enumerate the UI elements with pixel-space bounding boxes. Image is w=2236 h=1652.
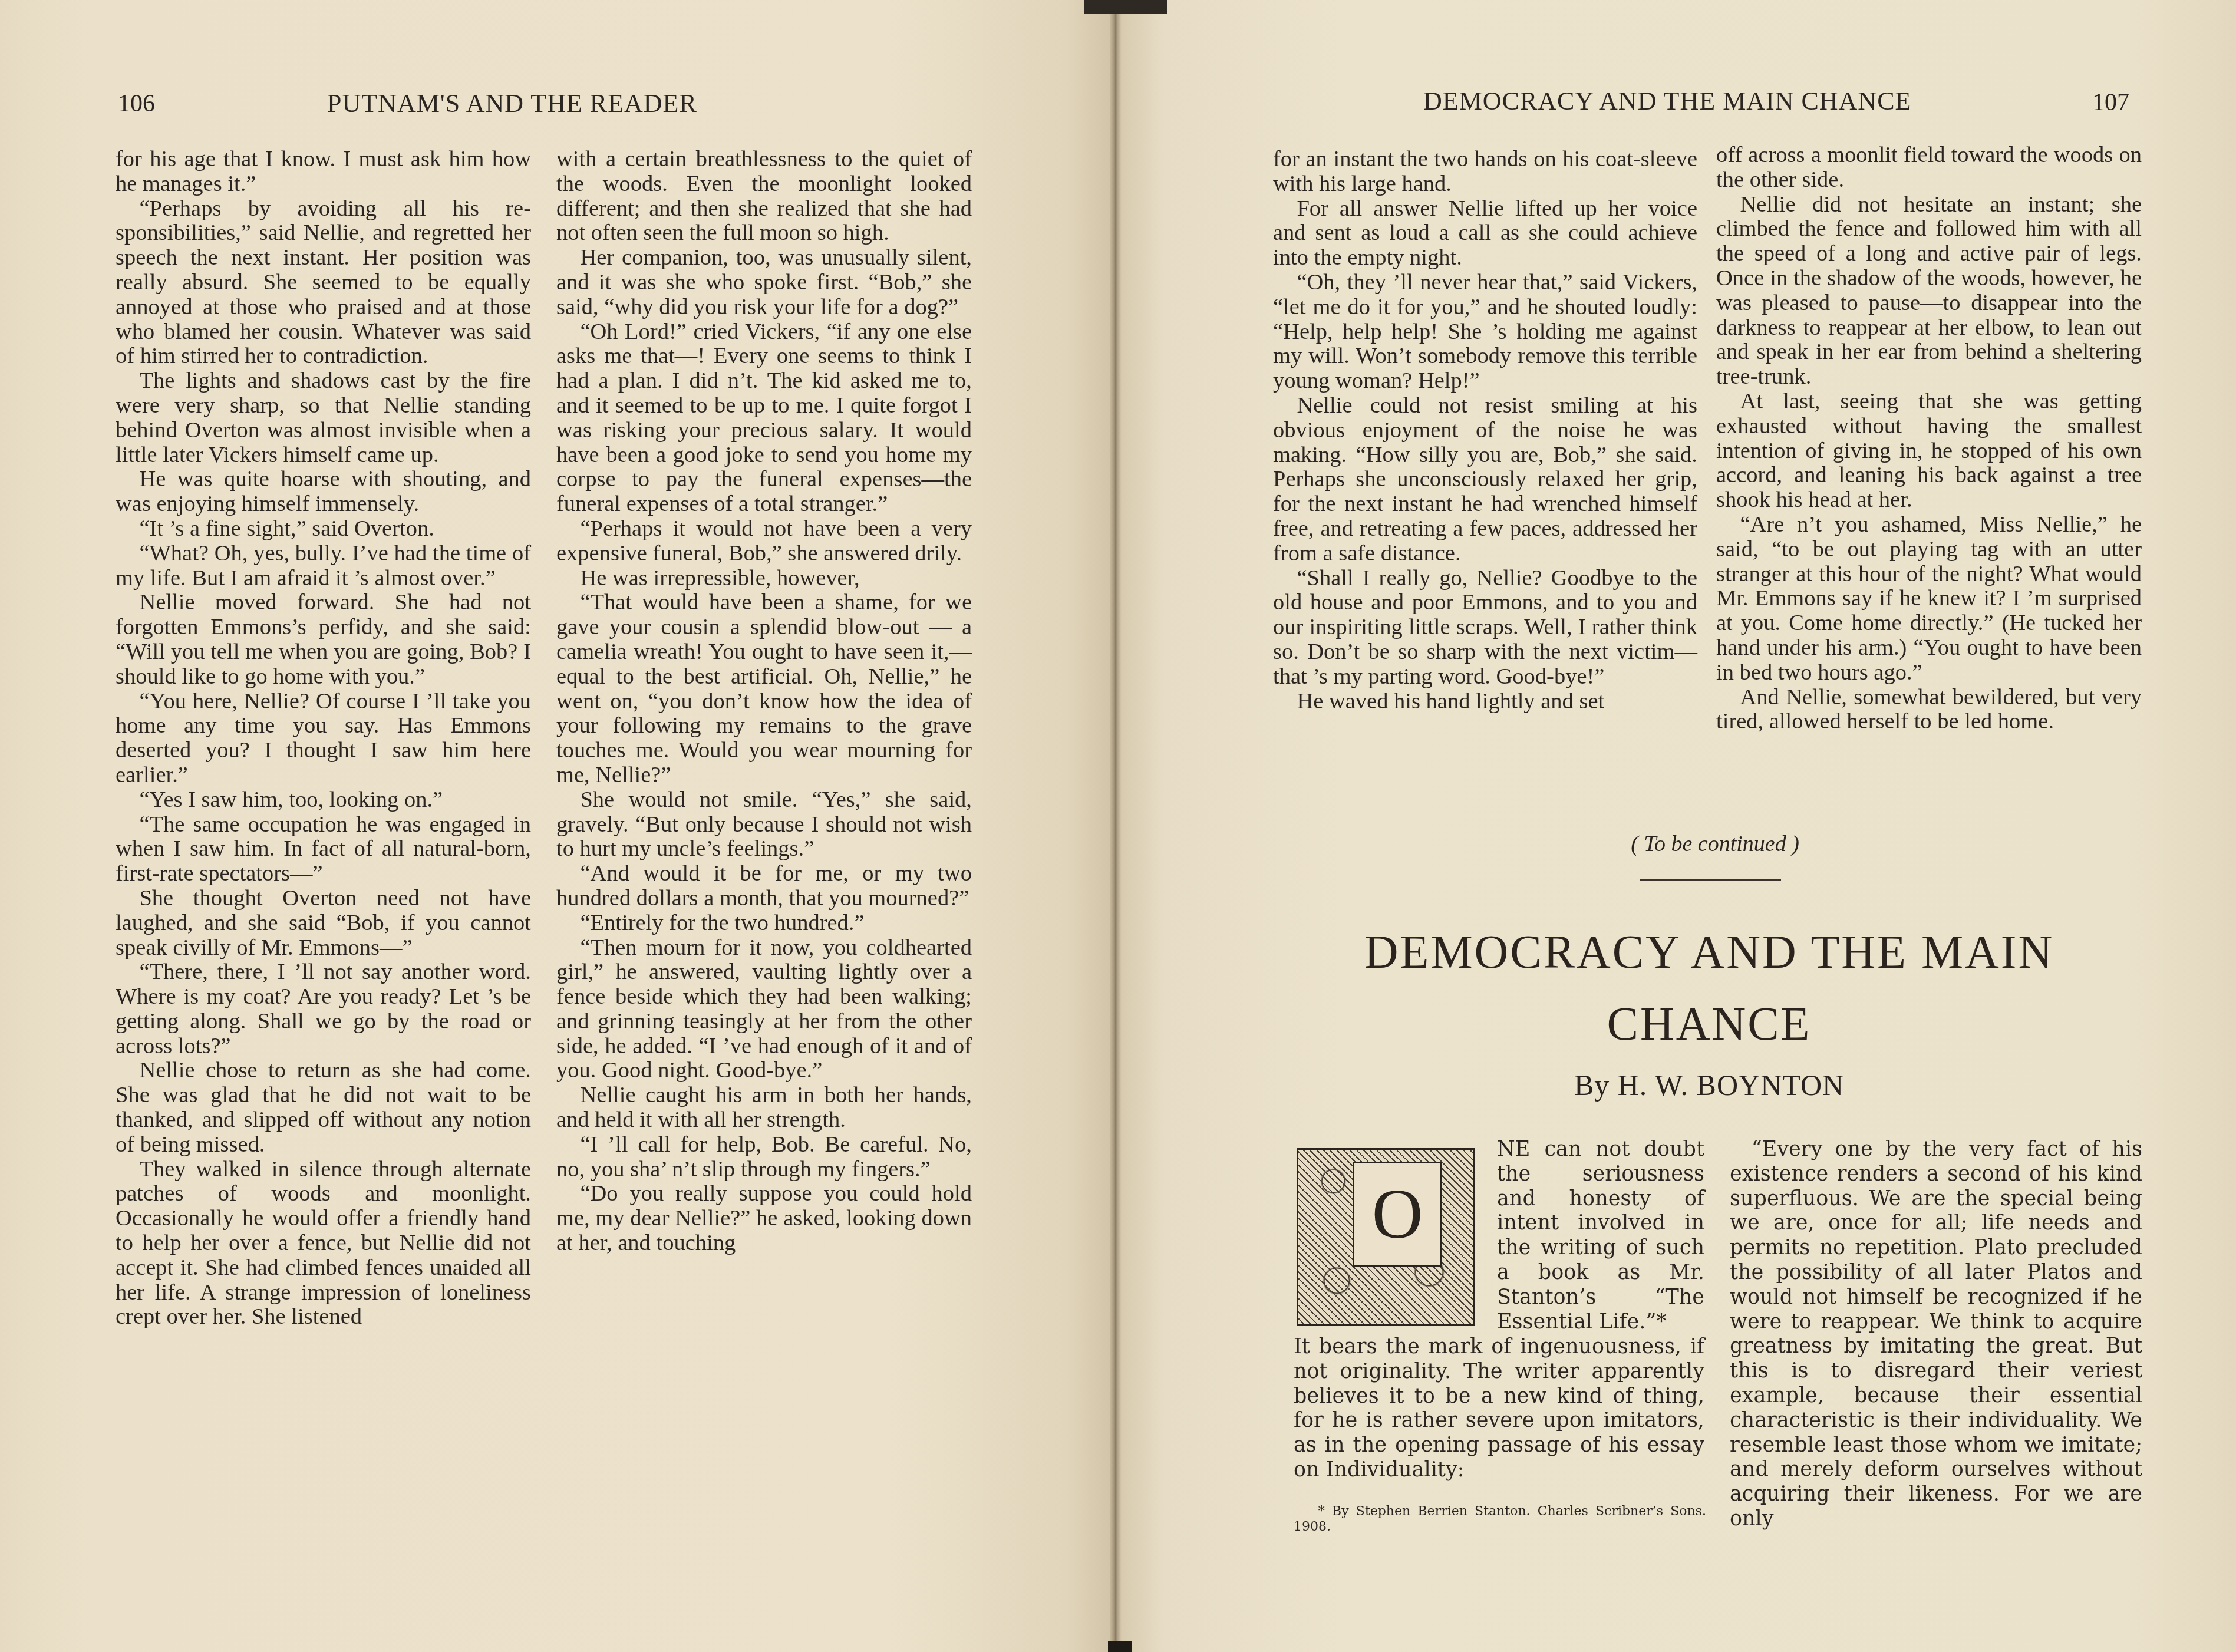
paragraph: for his age that I know. I must ask him … [116,147,531,197]
paragraph: “Entirely for the two hundred.” [556,911,972,936]
paragraph: with a certain breathlessness to the qui… [556,147,972,246]
paragraph: “What? Oh, yes, bully. I’ve had the time… [116,542,531,591]
paragraph: He was irrepressible, however, [556,566,972,591]
binding-top [1084,0,1167,14]
paragraph: “Do you really suppose you could hold me… [556,1182,972,1255]
article-intro-beside-cap: NE can not doubt the seriousness and hon… [1497,1137,1704,1334]
paragraph: “Perhaps it would not have been a very e… [556,517,972,566]
paragraph: “Then mourn for it now, you cold­hearted… [556,936,972,1084]
paragraph: He was quite hoarse with shouting, and w… [116,467,531,517]
ornamental-drop-cap: O [1297,1148,1475,1326]
left-page-column-1: for his age that I know. I must ask him … [116,147,531,1330]
paragraph: She would not smile. “Yes,” she said, gr… [556,788,972,862]
footnote: * By Stephen Berrien Stanton. Charles Sc… [1294,1504,1706,1535]
paragraph: “It ’s a fine sight,” said Overton. [116,517,531,542]
article-title: DEMOCRACY AND THE MAIN CHANCE [1297,916,2122,1060]
paragraph: Nellie moved forward. She had not forgot… [116,591,531,689]
paragraph: off across a moonlit field toward the wo… [1716,143,2142,193]
paragraph: for an instant the two hands on his coat… [1273,147,1697,197]
paragraph: “Perhaps by avoiding all his re­sponsibi… [116,197,531,370]
drop-cap-letter: O [1353,1162,1442,1267]
paragraph: “There, there, I ’ll not say another wor… [116,960,531,1059]
individuality-quote: “Every one by the very fact of his exist… [1730,1137,2142,1532]
paragraph: He waved his hand lightly and set [1273,690,1697,714]
magazine-spread: 106 PUTNAM'S AND THE READER for his age … [0,0,2236,1652]
paragraph: She thought Overton need not have laughe… [116,886,531,960]
binding-bottom [1108,1641,1132,1652]
right-page-number: 107 [2092,88,2129,117]
left-page-number: 106 [118,90,155,118]
paragraph: For all answer Nellie lifted up her voic… [1273,197,1697,271]
left-running-head: PUTNAM'S AND THE READER [327,88,697,118]
right-running-head: DEMOCRACY AND THE MAIN CHANCE [1423,86,1911,116]
paragraph: Nellie caught his arm in both her hands,… [556,1083,972,1133]
to-be-continued-note: ( To be continued ) [1627,831,1803,857]
paragraph: “And would it be for me, or my two hundr… [556,862,972,911]
paragraph: “You here, Nellie? Of course I ’ll take … [116,690,531,788]
paragraph: “The same occupation he was engaged in w… [116,813,531,886]
article-intro-continued: It bears the mark of ingenuousness, if n… [1294,1335,1704,1483]
paragraph: “Are n’t you ashamed, Miss Nellie,” he s… [1716,513,2142,685]
paragraph: They walked in silence through alternate… [116,1158,531,1330]
book-gutter [1110,0,1122,1652]
paragraph: At last, seeing that she was getting exh… [1716,390,2142,513]
paragraph: “That would have been a shame, for we ga… [556,591,972,787]
paragraph: Nellie did not hesitate an instant; she … [1716,193,2142,390]
right-page-column-1: for an instant the two hands on his coat… [1273,147,1697,714]
paragraph: Nellie chose to return as she had come. … [116,1059,531,1157]
article-byline: By H. W. BOYNTON [1414,1068,2004,1102]
right-page-column-2: off across a moonlit field toward the wo… [1716,143,2142,734]
left-page-column-2: with a certain breathlessness to the qui… [556,147,972,1256]
paragraph: And Nellie, somewhat bewildered, but ver… [1716,685,2142,735]
paragraph: Nellie could not resist smiling at his o… [1273,394,1697,566]
paragraph: “Yes I saw him, too, looking on.” [116,788,531,813]
paragraph: “I ’ll call for help, Bob. Be care­ful. … [556,1133,972,1182]
paragraph: The lights and shadows cast by the fire … [116,369,531,467]
paragraph: “Oh, they ’ll never hear that,” said Vic… [1273,271,1697,394]
article-title-line-2: CHANCE [1297,988,2122,1060]
paragraph: “Oh Lord!” cried Vickers, “if any one el… [556,320,972,517]
paragraph: “Shall I really go, Nellie? Good­bye to … [1273,566,1697,690]
section-divider-rule [1640,879,1781,881]
paragraph: Her companion, too, was unusually silent… [556,246,972,319]
article-title-line-1: DEMOCRACY AND THE MAIN [1297,916,2122,988]
